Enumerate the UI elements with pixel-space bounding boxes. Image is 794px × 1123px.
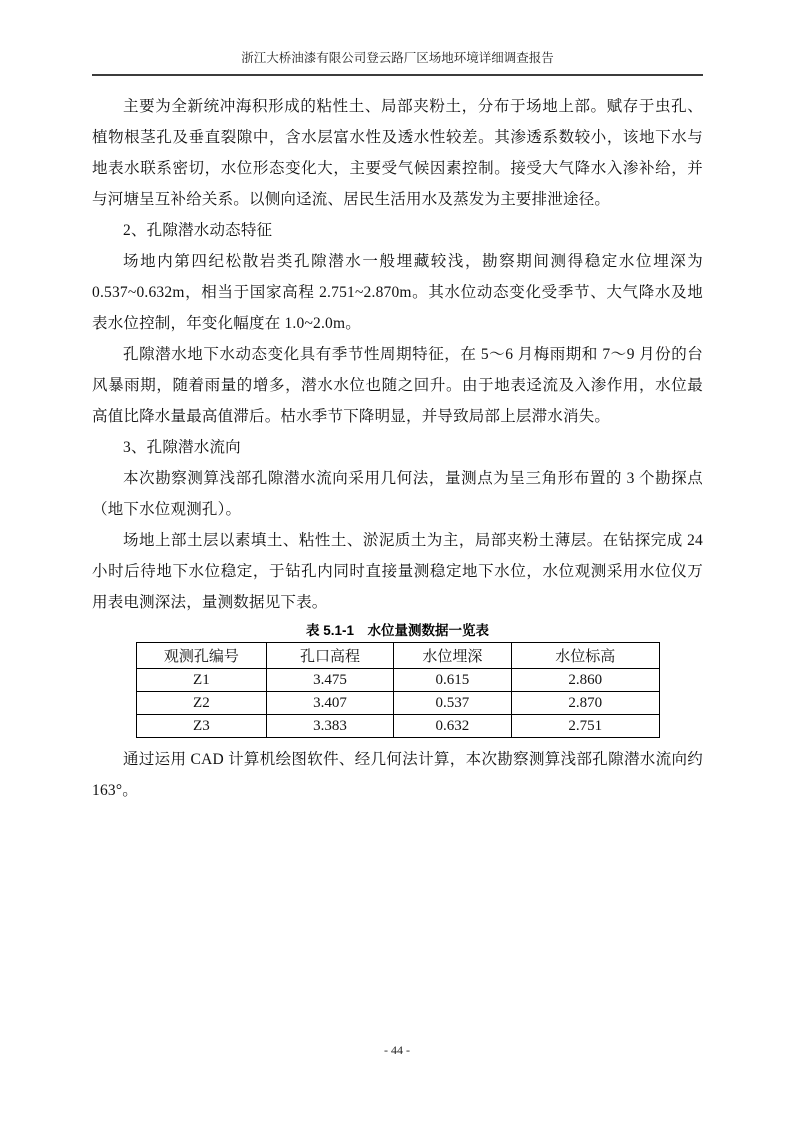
section-heading: 2、孔隙潜水动态特征 <box>92 215 703 246</box>
table-cell-well-id: Z2 <box>136 692 267 715</box>
column-header-orifice-elevation: 孔口高程 <box>267 643 394 669</box>
paragraph: 孔隙潜水地下水动态变化具有季节性周期特征，在 5～6 月梅雨期和 7～9 月份的… <box>92 339 703 432</box>
table-cell: 0.537 <box>393 692 511 715</box>
table-cell: 3.383 <box>267 715 394 738</box>
table-cell: 2.870 <box>512 692 660 715</box>
column-header-water-depth: 水位埋深 <box>393 643 511 669</box>
paragraph: 通过运用 CAD 计算机绘图软件、经几何法计算，本次勘察测算浅部孔隙潜水流向约 … <box>92 744 703 806</box>
paragraph: 场地内第四纪松散岩类孔隙潜水一般埋藏较浅，勘察期间测得稳定水位埋深为 0.537… <box>92 246 703 339</box>
report-title: 浙江大桥油漆有限公司登云路厂区场地环境详细调查报告 <box>241 51 554 65</box>
table-row: Z3 3.383 0.632 2.751 <box>136 715 659 738</box>
page-number: - 44 - <box>384 1043 410 1057</box>
table-cell: 2.860 <box>512 669 660 692</box>
table-row: Z2 3.407 0.537 2.870 <box>136 692 659 715</box>
column-header-well-id: 观测孔编号 <box>136 643 267 669</box>
page-content: 浙江大桥油漆有限公司登云路厂区场地环境详细调查报告 主要为全新统冲海积形成的粘性… <box>92 0 703 806</box>
table-cell: 3.407 <box>267 692 394 715</box>
header-divider <box>92 74 703 76</box>
water-level-table: 观测孔编号 孔口高程 水位埋深 水位标高 Z1 3.475 0.615 2.86… <box>136 642 660 738</box>
paragraph: 场地上部土层以素填土、粘性土、淤泥质土为主，局部夹粉土薄层。在钻探完成 24 小… <box>92 525 703 618</box>
table-cell: 0.632 <box>393 715 511 738</box>
page-footer: - 44 - <box>0 1043 794 1057</box>
table-header-row: 观测孔编号 孔口高程 水位埋深 水位标高 <box>136 643 659 669</box>
table-cell: 0.615 <box>393 669 511 692</box>
table-cell: 3.475 <box>267 669 394 692</box>
document-body-continued: 通过运用 CAD 计算机绘图软件、经几何法计算，本次勘察测算浅部孔隙潜水流向约 … <box>92 744 703 806</box>
table-caption: 表 5.1-1 水位量测数据一览表 <box>92 621 703 641</box>
column-header-water-elevation: 水位标高 <box>512 643 660 669</box>
document-page: 浙江大桥油漆有限公司登云路厂区场地环境详细调查报告 主要为全新统冲海积形成的粘性… <box>0 0 794 1123</box>
document-body: 主要为全新统冲海积形成的粘性土、局部夹粉土，分布于场地上部。赋存于虫孔、植物根茎… <box>92 91 703 618</box>
table-cell: 2.751 <box>512 715 660 738</box>
table-cell-well-id: Z3 <box>136 715 267 738</box>
table-cell-well-id: Z1 <box>136 669 267 692</box>
paragraph: 主要为全新统冲海积形成的粘性土、局部夹粉土，分布于场地上部。赋存于虫孔、植物根茎… <box>92 91 703 215</box>
section-heading: 3、孔隙潜水流向 <box>92 432 703 463</box>
running-header: 浙江大桥油漆有限公司登云路厂区场地环境详细调查报告 <box>92 0 703 76</box>
paragraph: 本次勘察测算浅部孔隙潜水流向采用几何法，量测点为呈三角形布置的 3 个勘探点（地… <box>92 463 703 525</box>
table-row: Z1 3.475 0.615 2.860 <box>136 669 659 692</box>
